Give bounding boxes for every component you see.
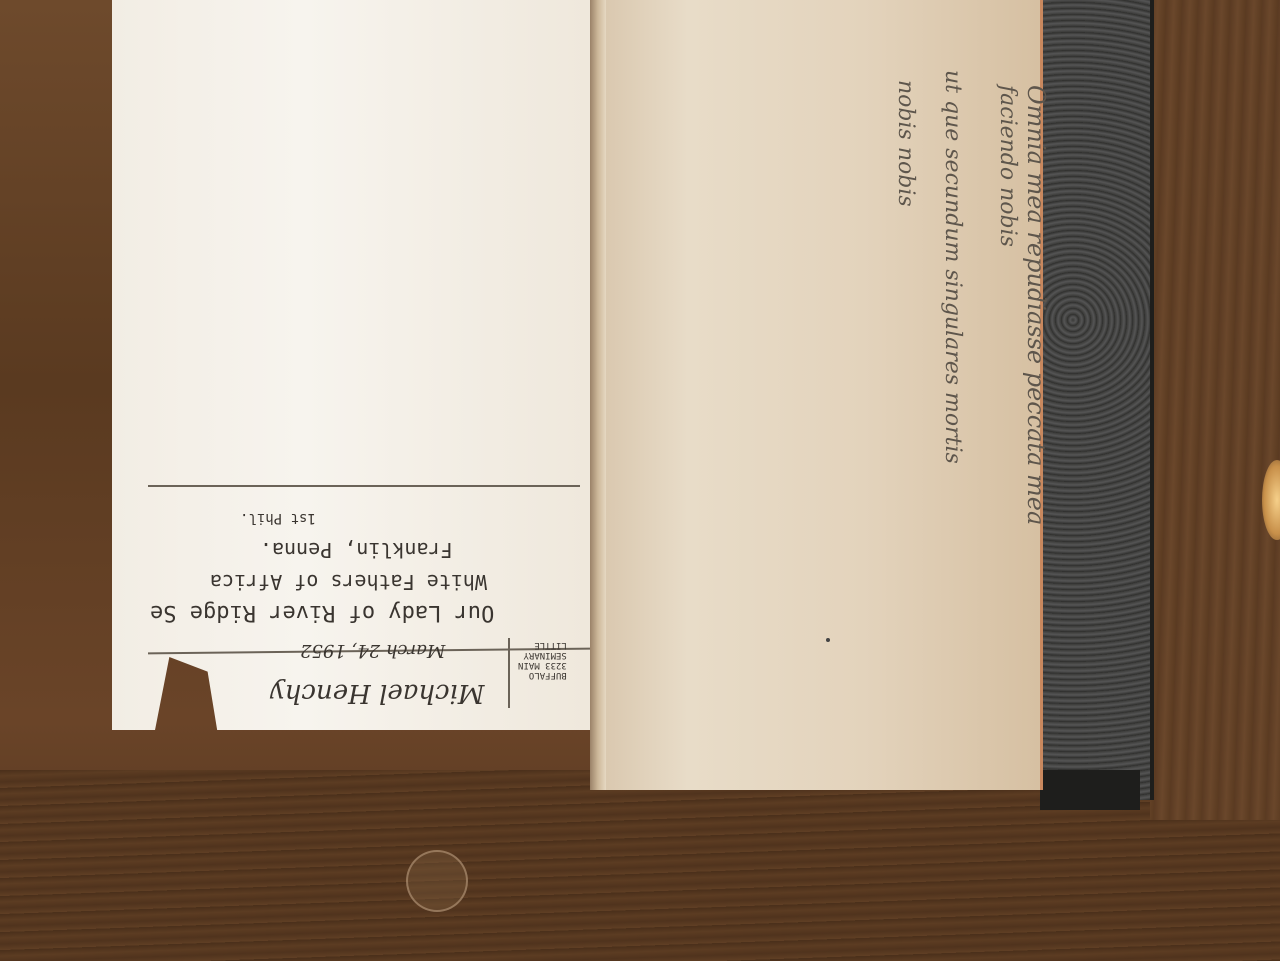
handwriting-line-2: faciendo nobis bbox=[995, 85, 1020, 247]
book-gutter bbox=[590, 0, 606, 790]
ink-dot bbox=[826, 638, 830, 642]
handwriting-line-3: ut que secundum singulares mortis bbox=[940, 70, 965, 464]
name-text: Michael Henchy bbox=[270, 678, 485, 708]
address-line-3: Franklin, Penna. bbox=[260, 538, 453, 562]
book-cover-edge bbox=[1040, 770, 1140, 810]
note-text: 1st Phil. bbox=[240, 510, 316, 526]
right-page bbox=[600, 0, 1043, 790]
address-line-1: Our Lady of River Ridge Se bbox=[150, 600, 494, 625]
address-line-2: White Fathers of Africa bbox=[210, 570, 487, 594]
handwriting-line-4: nobis nobis bbox=[893, 80, 918, 207]
rule-line bbox=[508, 638, 510, 708]
table-surface-right bbox=[1150, 0, 1280, 820]
book-cover bbox=[1040, 0, 1154, 800]
rule-line bbox=[148, 485, 580, 487]
seminary-stamp: BUFFALO 3233 MAIN SEMINARY LITTLE bbox=[518, 640, 567, 680]
glass-bubble bbox=[406, 850, 468, 912]
handwriting-line-1: Omnia mea repudiasse peccata mea bbox=[1022, 85, 1050, 525]
date-text: March 24, 1952 bbox=[300, 640, 445, 661]
